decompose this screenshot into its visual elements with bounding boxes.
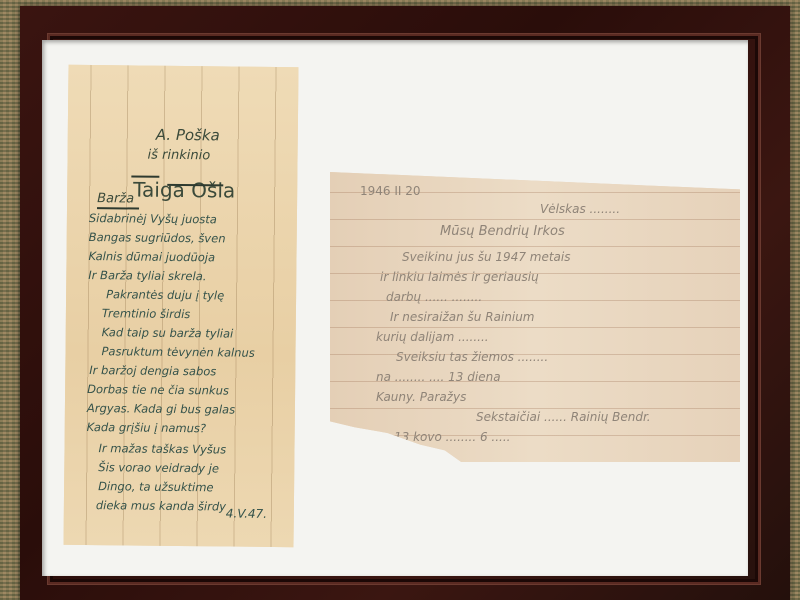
poem-line: Dingo, ta užsuktime: [98, 479, 214, 494]
letter-date: 1946 II 20: [360, 184, 421, 198]
poem-line: Dorbas tie ne čia sunkus: [87, 382, 229, 397]
poem-line: Bangas sugriūdos, šven: [89, 230, 226, 245]
letter-line: Mūsų Bendrių Irkos: [440, 224, 565, 239]
birch-bark-left: A. Poška iš rinkinio Taiga Ošia Barža Si…: [63, 65, 298, 547]
poem-line: Argyas. Kada gi bus galas: [87, 401, 235, 417]
letter-line: kurių dalijam ........: [376, 330, 489, 344]
letter-line: Kauny. Paražys: [376, 390, 466, 404]
letter-line: na ........ .... 13 diena: [376, 370, 501, 384]
letter-line: Sveikinu jus šu 1947 metais: [402, 250, 571, 264]
poem-line: Šis vorao veidrady je: [98, 460, 219, 475]
collection-title: Taiga Ošia: [133, 177, 235, 202]
poem-line: dieka mus kanda širdy: [96, 498, 226, 513]
letter-line: Ir nesiraižan šu Rainium: [390, 310, 535, 324]
poem-title-underline: [97, 207, 139, 209]
author-name: A. Poška: [156, 126, 220, 145]
poem-line: Ir mažas taškas Vyšus: [98, 441, 226, 456]
letter-header: Vėlskas ........: [540, 202, 620, 216]
letter-line: ir linkiu laimės ir geriausių: [380, 270, 539, 284]
poem-line: Ir baržoj dengia sabos: [89, 363, 216, 378]
poem-date: 4.V.47.: [226, 506, 267, 520]
poem-line: Kad taip su barža tyliai: [102, 325, 234, 340]
poem-line: Ir Barža tyliai skrela.: [88, 268, 206, 283]
letter-line: Sveiksiu tas žiemos ........: [396, 350, 548, 364]
title-underline: [131, 175, 159, 177]
poem-line: Pasruktum tėvynėn kalnus: [101, 344, 254, 360]
birch-bark-right: 1946 II 20 Vėlskas ........ Mūsų Bendrių…: [330, 172, 740, 462]
letter-line: Sekstaičiai ...... Rainių Bendr.: [476, 410, 651, 424]
poem-line: Tremtinio širdis: [102, 306, 191, 321]
poem-line: Kalnis dūmai juodūoja: [88, 249, 215, 264]
poem-line: Kada grįšiu į namus?: [87, 420, 206, 435]
poem-title: Barža: [97, 191, 134, 206]
letter-line: darbų ...... ........: [386, 290, 482, 304]
poem-line: Sidabrinėj Vyšų juosta: [89, 211, 217, 226]
poem-line: Pakrantės duju į tylę: [106, 287, 224, 302]
collection-subtitle: iš rinkinio: [147, 148, 210, 164]
